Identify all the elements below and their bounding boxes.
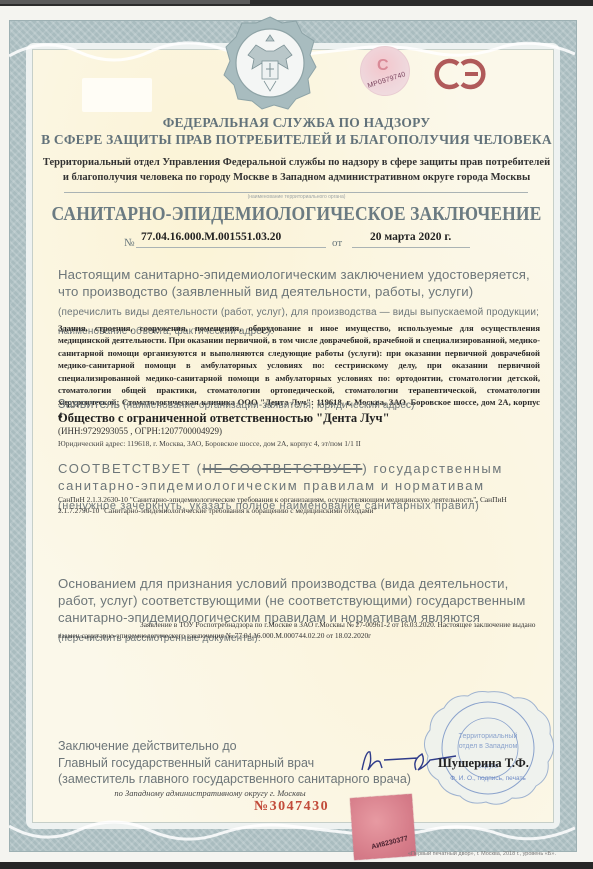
photo-edge-bottom xyxy=(0,862,593,869)
printer-imprint: «Первый печатный двор», г. Москва, 2018 … xyxy=(408,851,556,857)
form-number: №3047430 xyxy=(254,799,329,815)
valid-until-label: Заключение действительно до xyxy=(58,739,237,753)
department-caption: (наименование территориального органа) xyxy=(0,194,593,200)
signatory-name: Шушерина Т.Ф. xyxy=(438,756,529,771)
department-line1: Территориальный отдел Управления Федерал… xyxy=(0,157,593,168)
region-text: по Западному административному округу г.… xyxy=(0,788,420,798)
sanitary-rules: СанПиН 2.1.3.2630-10 "Санитарно-эпидемио… xyxy=(58,495,540,516)
chief-doctor-line1: Главный государственный санитарный врач xyxy=(58,756,314,770)
document-number-row: № 77.04.16.000.М.001551.03.20 от 20 март… xyxy=(0,231,593,251)
struck-not-conforms: НЕ СООТВЕТСТВУЕТ xyxy=(203,461,363,476)
applicant-name: Общество с ограниченной ответственностью… xyxy=(58,411,390,426)
department-line2: и благополучия человека по городу Москве… xyxy=(0,172,593,183)
se-logo-icon xyxy=(428,56,494,92)
date-label: от xyxy=(332,237,342,249)
basis-documents: Заявление в ТОУ Роспотребнадзора по г.Мо… xyxy=(58,620,544,641)
document-date: 20 марта 2020 г. xyxy=(370,231,451,243)
agency-name-line1: ФЕДЕРАЛЬНАЯ СЛУЖБА ПО НАДЗОРУ xyxy=(0,115,593,131)
divider xyxy=(64,192,528,193)
applicant-legal-address: Юридический адрес: 119618, г. Москва, ЗА… xyxy=(58,439,361,448)
number-label: № xyxy=(124,237,135,249)
applicant-ids: (ИНН:9729293055 , ОГРН:1207700004929) xyxy=(58,426,222,436)
svg-text:Территориальный: Территориальный xyxy=(459,732,518,740)
hologram-sticker-round: C МР0979740 xyxy=(360,46,410,96)
document-title: САНИТАРНО-ЭПИДЕМИОЛОГИЧЕСКОЕ ЗАКЛЮЧЕНИЕ xyxy=(30,204,564,226)
agency-name-line2: В СФЕРЕ ЗАЩИТЫ ПРАВ ПОТРЕБИТЕЛЕЙ И БЛАГО… xyxy=(0,132,593,148)
document-number: 77.04.16.000.М.001551.03.20 xyxy=(141,231,281,243)
photo-edge-top xyxy=(0,0,250,4)
svg-text:отдел в Западном: отдел в Западном xyxy=(459,743,518,750)
coat-of-arms-emblem-icon xyxy=(222,15,318,111)
hologram-sticker-square: АИ8230377 xyxy=(350,794,416,860)
blurred-stamp xyxy=(82,78,152,112)
